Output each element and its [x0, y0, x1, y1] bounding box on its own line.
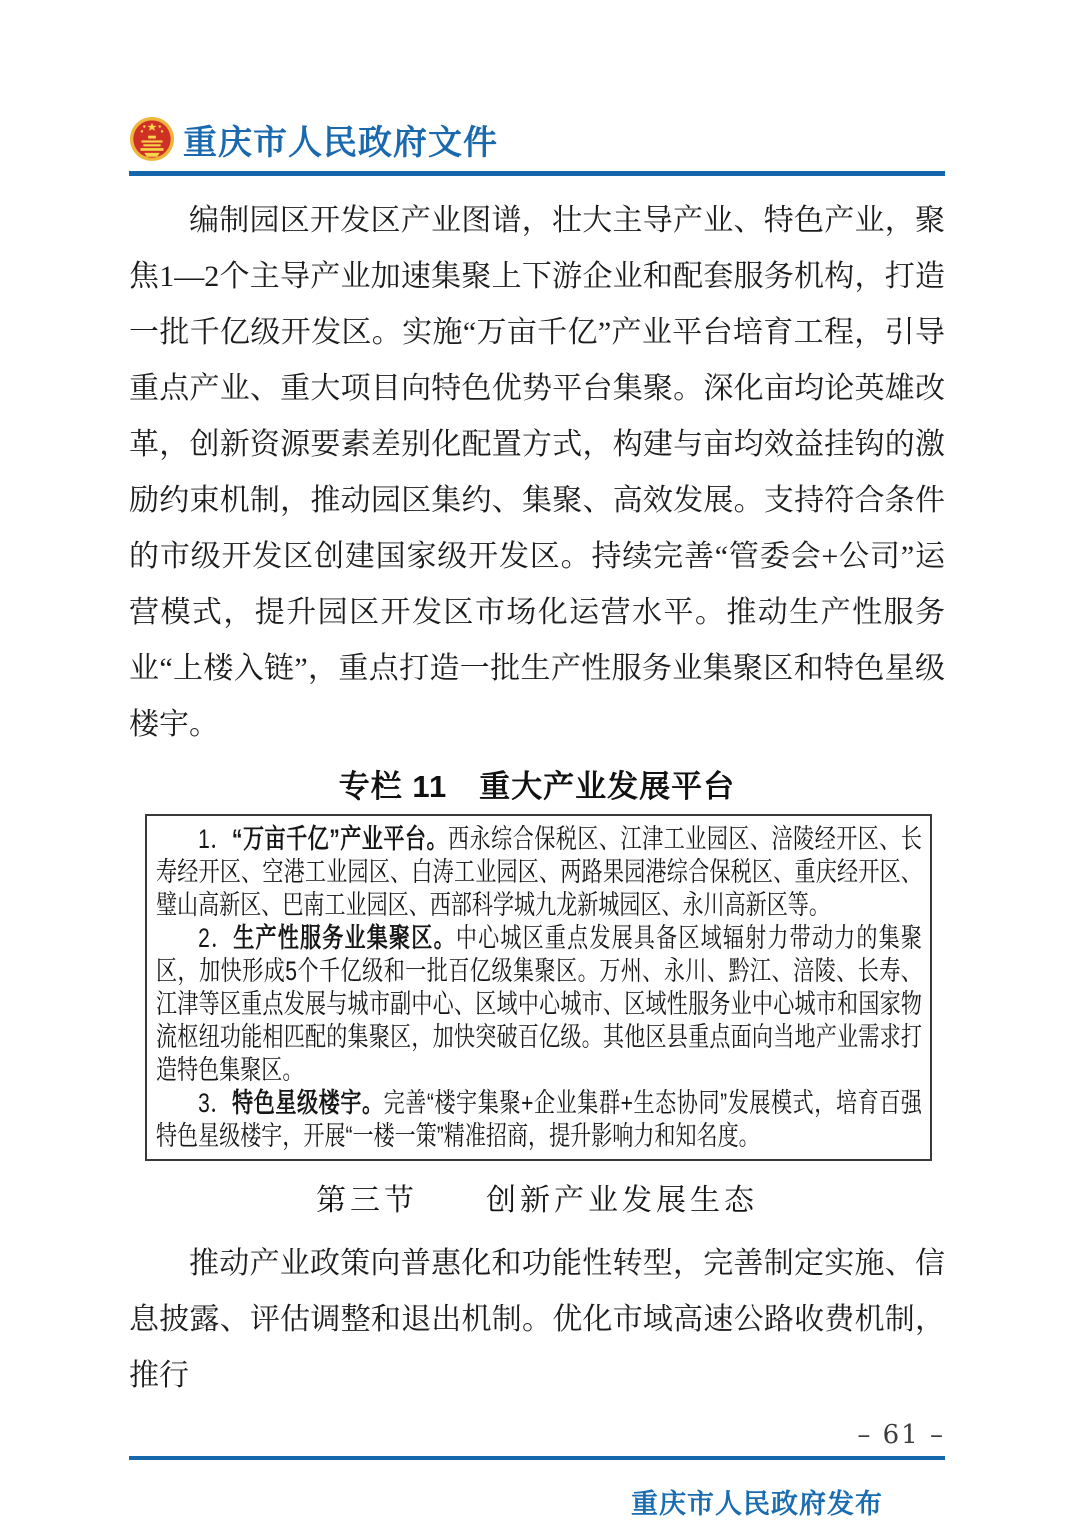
box-item-3: 3．特色星级楼宇。完善“楼宇集聚+企业集群+生态协同”发展模式，培育百强特色星级…: [156, 1087, 922, 1153]
header-divider: [129, 171, 945, 176]
document-page: 重庆市人民政府文件 编制园区开发区产业图谱，壮大主导产业、特色产业，聚焦1—2个…: [0, 0, 1074, 1520]
box-item-1-lead: “万亩千亿”产业平台。: [232, 824, 448, 854]
paragraph-policy-transform: 推动产业政策向普惠化和功能性转型，完善制定实施、信息披露、评估调整和退出机制。优…: [129, 1236, 945, 1404]
document-body: 编制园区开发区产业图谱，壮大主导产业、特色产业，聚焦1—2个主导产业加速集聚上下…: [129, 193, 945, 1404]
special-column-content: 1．“万亩千亿”产业平台。西永综合保税区、江津工业园区、涪陵经开区、长寿经开区、…: [156, 823, 922, 1153]
box-item-3-number: 3．: [198, 1088, 232, 1118]
special-column-box: 1．“万亩千亿”产业平台。西永综合保税区、江津工业园区、涪陵经开区、长寿经开区、…: [145, 814, 932, 1161]
page-number: – 61 –: [129, 1420, 945, 1450]
box-item-1: 1．“万亩千亿”产业平台。西永综合保税区、江津工业园区、涪陵经开区、长寿经开区、…: [156, 823, 922, 922]
header-row: 重庆市人民政府文件: [129, 112, 945, 166]
national-emblem-icon: [129, 116, 175, 162]
box-item-3-lead: 特色星级楼宇。: [232, 1088, 384, 1118]
box-item-1-number: 1．: [198, 824, 232, 854]
box-item-2-lead: 生产性服务业集聚区。: [233, 923, 456, 953]
box-item-2-number: 2．: [198, 923, 233, 953]
header-title: 重庆市人民政府文件: [183, 115, 498, 164]
paragraph-industry-parks: 编制园区开发区产业图谱，壮大主导产业、特色产业，聚焦1—2个主导产业加速集聚上下…: [129, 193, 945, 753]
special-column-title: 专栏 11 重大产业发展平台: [129, 761, 945, 806]
footer-divider: [129, 1456, 945, 1460]
publisher-label: 重庆市人民政府发布: [129, 1482, 945, 1520]
box-item-2: 2．生产性服务业集聚区。中心城区重点发展具备区域辐射力带动力的集聚区，加快形成5…: [156, 922, 922, 1087]
page-header: 重庆市人民政府文件: [129, 112, 945, 176]
section-heading: 第三节 创新产业发展生态: [129, 1175, 945, 1219]
page-footer: – 61 – 重庆市人民政府发布: [129, 1420, 945, 1520]
